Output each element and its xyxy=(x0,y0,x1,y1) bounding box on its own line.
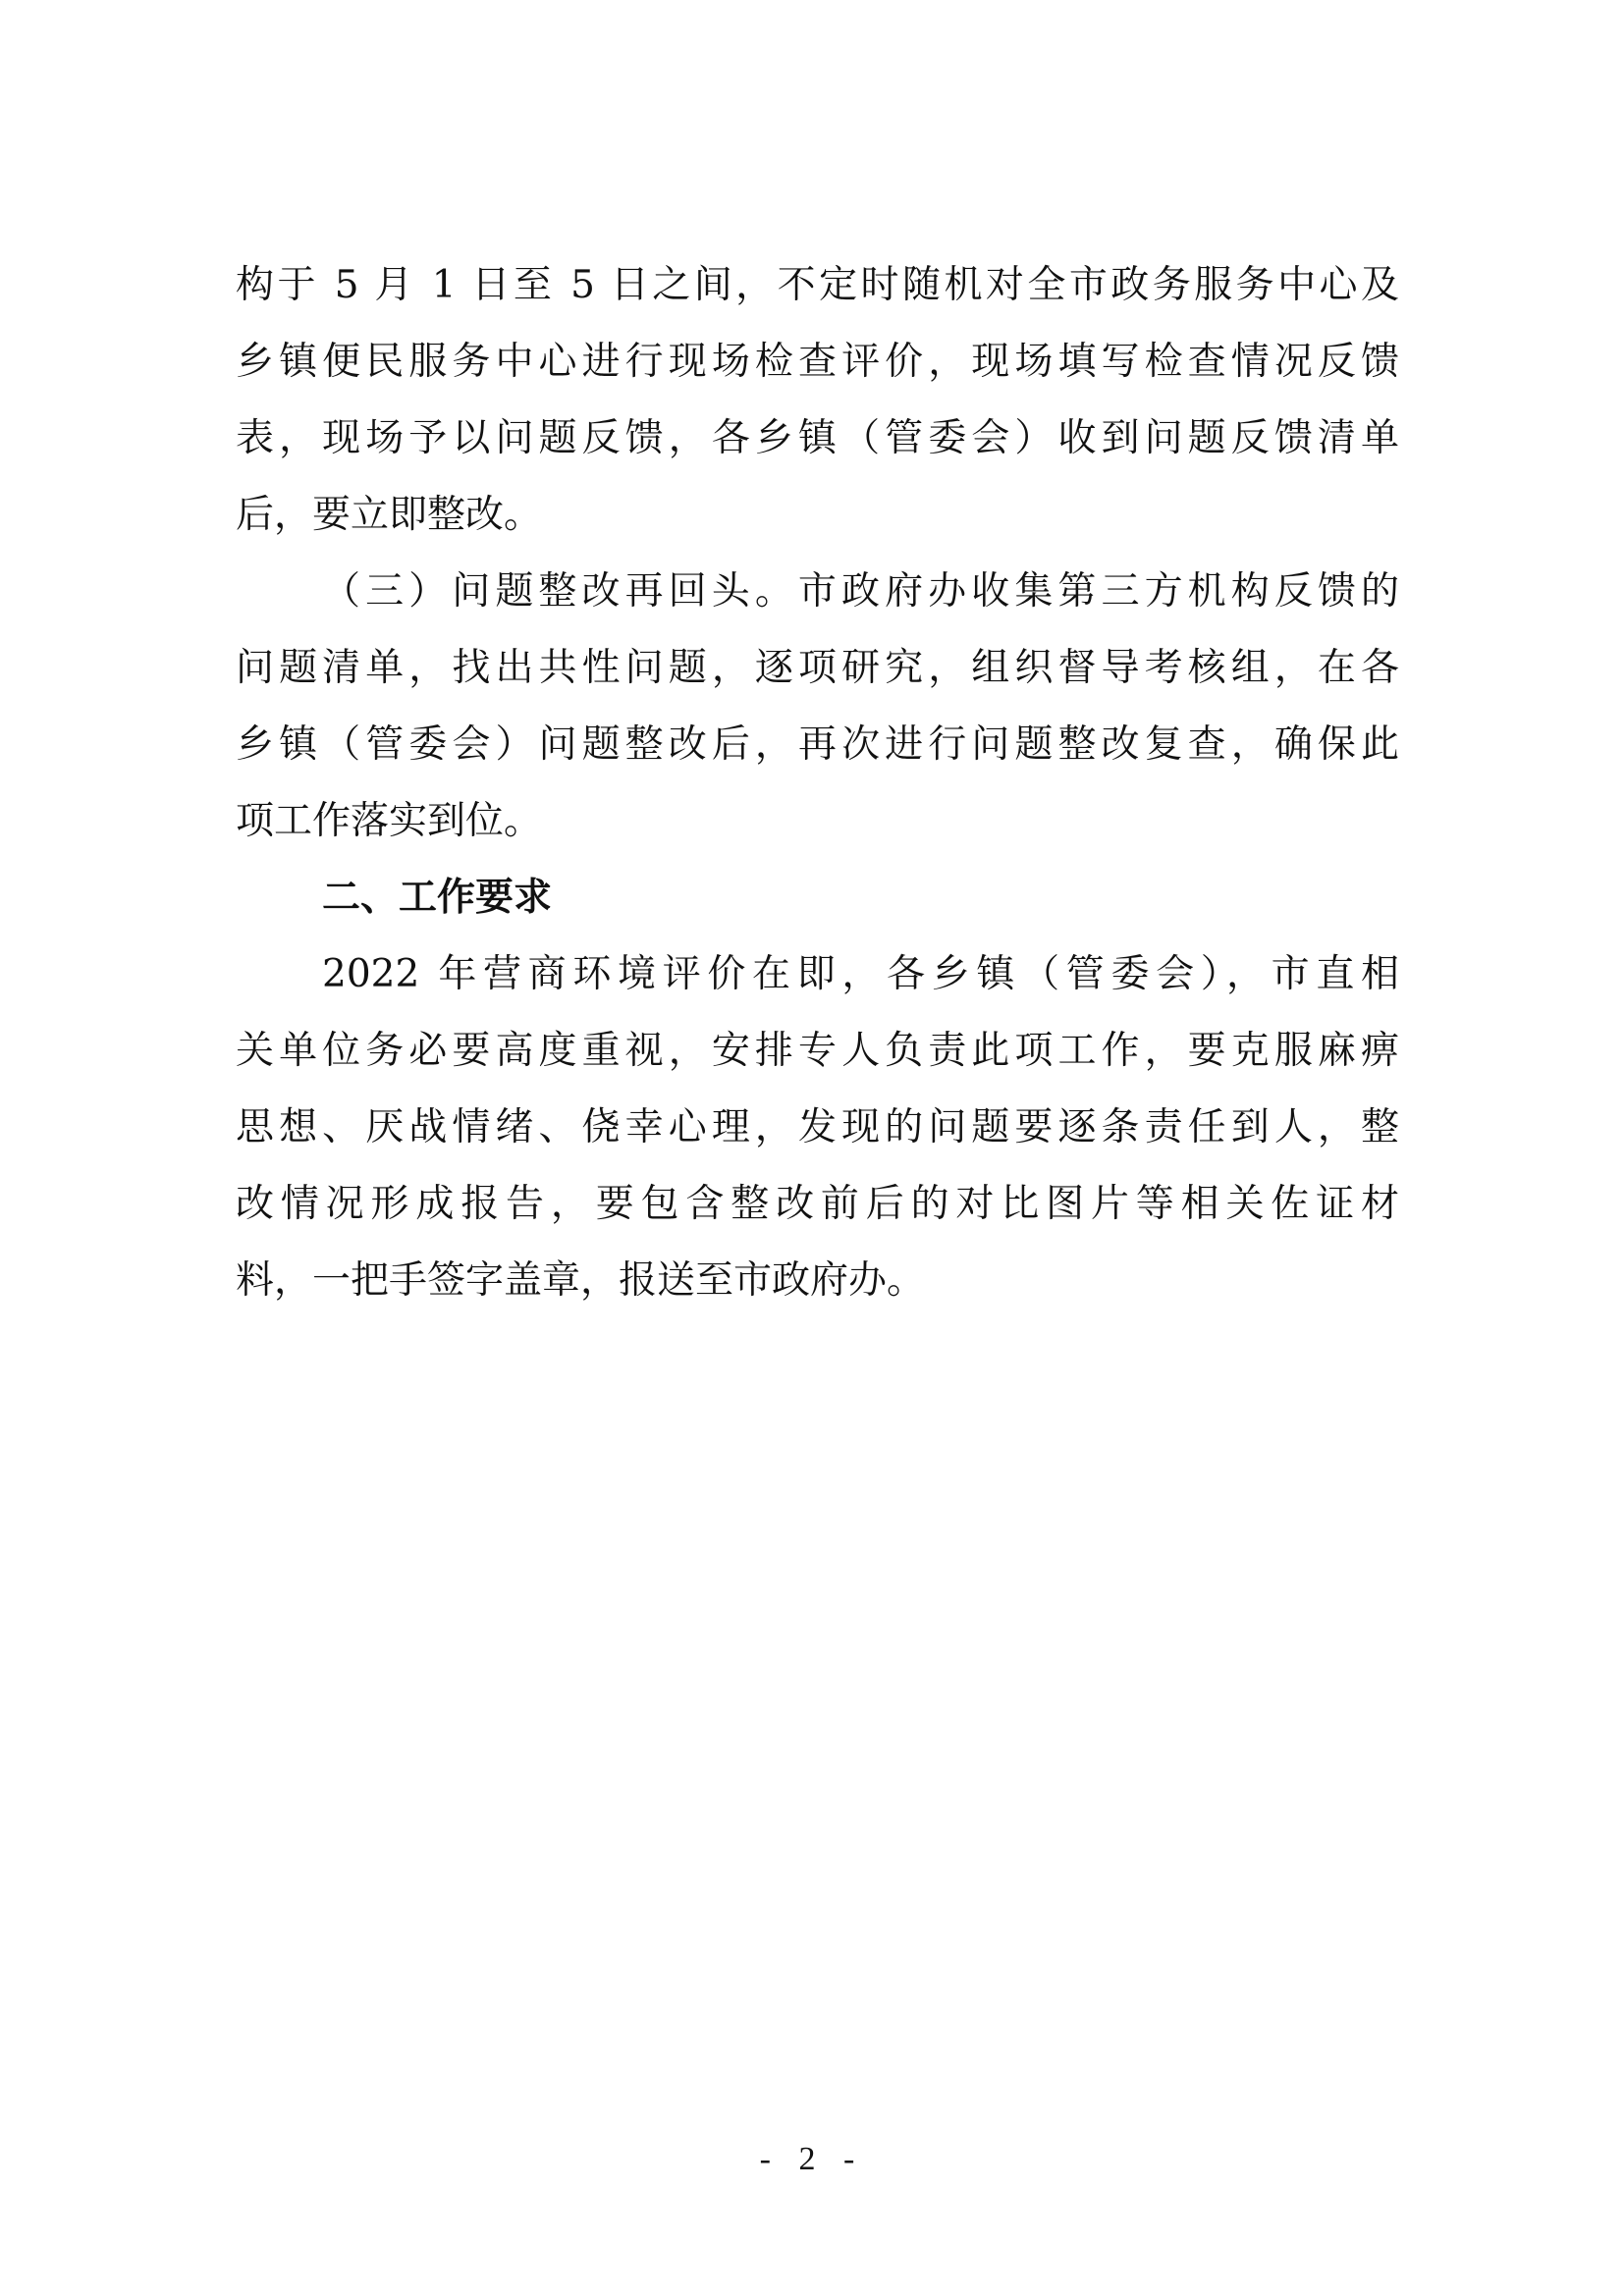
document-body: 构于 5 月 1 日至 5 日之间，不定时随机对全市政务服务中心及 乡镇便民服务… xyxy=(236,247,1399,1319)
paragraph-line: 关单位务必要高度重视，安排专人负责此项工作，要克服麻痹 xyxy=(236,1013,1399,1090)
section-3-first-line: （三）问题整改再回头。市政府办收集第三方机构反馈的 xyxy=(236,554,1399,630)
paragraph-line: 改情况形成报告，要包含整改前后的对比图片等相关佐证材 xyxy=(236,1166,1399,1243)
paragraph-line: 后，要立即整改。 xyxy=(236,477,1399,554)
paragraph-line: 料，一把手签字盖章，报送至市政府办。 xyxy=(236,1243,1399,1319)
paragraph-line: 2022 年营商环境评价在即，各乡镇（管委会），市直相 xyxy=(236,936,1399,1013)
paragraph-line: 思想、厌战情绪、侥幸心理，发现的问题要逐条责任到人，整 xyxy=(236,1090,1399,1166)
document-page: 构于 5 月 1 日至 5 日之间，不定时随机对全市政务服务中心及 乡镇便民服务… xyxy=(0,0,1624,2296)
paragraph-line: 表，现场予以问题反馈，各乡镇（管委会）收到问题反馈清单 xyxy=(236,400,1399,477)
paragraph-line: 乡镇便民服务中心进行现场检查评价，现场填写检查情况反馈 xyxy=(236,324,1399,400)
paragraph-line: 乡镇（管委会）问题整改后，再次进行问题整改复查，确保此 xyxy=(236,707,1399,783)
paragraph-line: 构于 5 月 1 日至 5 日之间，不定时随机对全市政务服务中心及 xyxy=(236,247,1399,324)
section-heading: 二、工作要求 xyxy=(236,860,1399,936)
page-number: - 2 - xyxy=(0,2140,1624,2179)
paragraph-line: 问题清单，找出共性问题，逐项研究，组织督导考核组，在各 xyxy=(236,630,1399,707)
paragraph-line: 项工作落实到位。 xyxy=(236,783,1399,860)
